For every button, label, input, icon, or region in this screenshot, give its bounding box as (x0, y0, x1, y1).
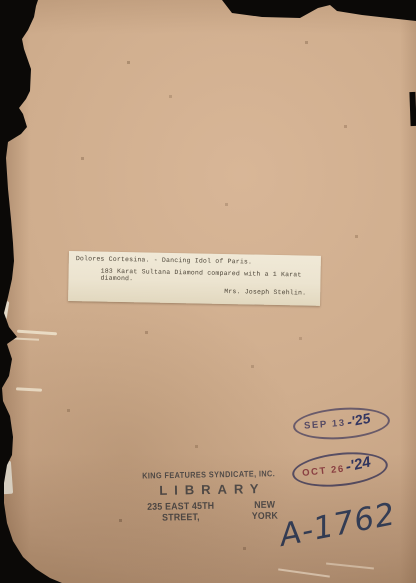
tear-mark (17, 330, 57, 336)
caption-line-2: 183 Karat Sultana Diamond compared with … (100, 268, 315, 286)
scratch-mark (326, 562, 374, 569)
tear-mark (16, 387, 42, 391)
caption-label: Dolores Cortesina. - Dancing Idol of Par… (68, 251, 321, 306)
tear-mark (1, 301, 10, 320)
photo-back-scan: Dolores Cortesina. - Dancing Idol of Par… (0, 0, 416, 583)
handwritten-id: A-1762 (277, 496, 399, 554)
caption-credit: Mrs. Joseph Stehlin. (73, 285, 315, 297)
date-stamp-oct: OCT 26 -'24 (291, 448, 390, 491)
edge-nick (409, 92, 416, 126)
caption-line-1: Dolores Cortesina. - Dancing Idol of Par… (76, 255, 316, 267)
scratch-mark (278, 568, 330, 577)
library-stamp: KING FEATURES SYNDICATE, INC. LIBRARY 23… (130, 469, 289, 523)
library-stamp-address: 235 EAST 45TH STREET, NEW YORK (130, 499, 288, 524)
paper-speckles (0, 0, 1, 1)
paper-chip (21, 26, 24, 30)
torn-paper: Dolores Cortesina. - Dancing Idol of Par… (0, 0, 416, 583)
date-stamp-oct-printed: OCT 26 (302, 464, 346, 479)
library-stamp-title: LIBRARY (130, 481, 288, 499)
date-stamp-oct-written: -'24 (344, 453, 372, 475)
date-stamp-sep-printed: SEP 13 (304, 418, 346, 432)
tear-mark (9, 337, 39, 341)
date-stamp-sep-written: -'25 (345, 409, 371, 429)
tape-fragment (1, 461, 13, 495)
library-stamp-company: KING FEATURES SYNDICATE, INC. (130, 468, 288, 481)
library-stamp-street: 235 EAST 45TH STREET, (130, 500, 231, 524)
date-stamp-sep: SEP 13 -'25 (292, 405, 391, 443)
